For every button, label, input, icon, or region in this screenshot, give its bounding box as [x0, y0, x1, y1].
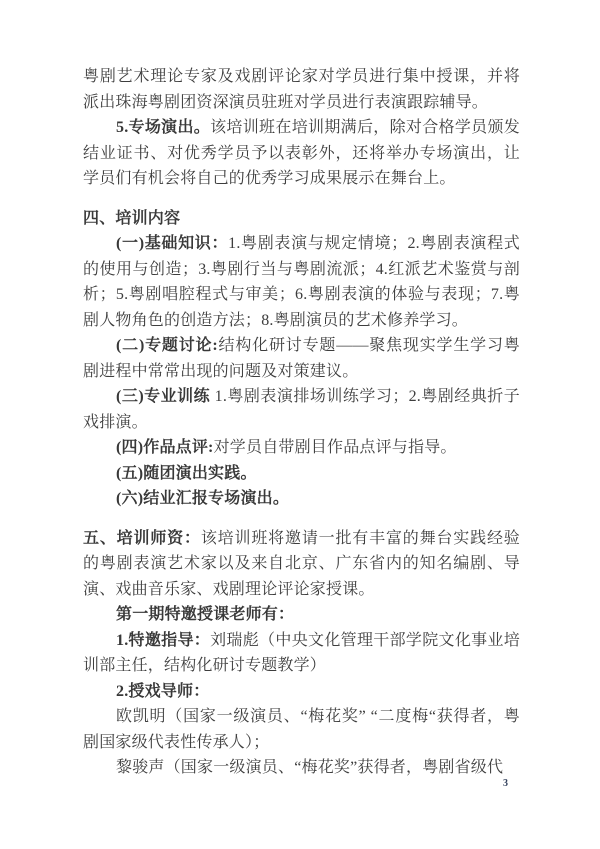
teacher-li-junsheng-text: 黎骏声（国家一级演员、“梅花奖”获得者，粤剧省级代 [116, 759, 503, 776]
training-content-item-troupe-practice: (五)随团演出实践。 [83, 461, 520, 487]
mentor-opera-teaching: 2.授戏导师： [83, 679, 520, 705]
training-content-item-seminar: (二)专题讨论:结构化研讨专题——聚焦现实学生学习粤剧进程中常常出现的问题及对策… [83, 333, 520, 384]
section-heading-training-content: 四、培训内容 [83, 206, 520, 232]
page-number: 3 [503, 778, 508, 789]
paragraph-continuation-text: 粤剧艺术理论专家及戏剧评论家对学员进行集中授课，并将派出珠海粤剧团资深演员驻班对… [83, 68, 520, 111]
training-content-item-basics-lead: (一)基础知识： [116, 235, 228, 252]
training-content-item-professional-lead: (三)专业训练 [116, 388, 210, 405]
training-content-item-review-text: 对学员自带剧目作品点评与指导。 [214, 439, 457, 456]
mentor-special-guidance: 1.特邀指导：刘瑞彪（中央文化管理干部学院文化事业培训部主任，结构化研讨专题教学… [83, 628, 520, 679]
paragraph-continuation: 粤剧艺术理论专家及戏剧评论家对学员进行集中授课，并将派出珠海粤剧团资深演员驻班对… [83, 64, 520, 115]
teacher-ou-kaiming: 欧凯明（国家一级演员、“梅花奖” “二度梅“获得者，粤剧国家级代表性传承人）； [83, 704, 520, 755]
document-page: 粤剧艺术理论专家及戏剧评论家对学员进行集中授课，并将派出珠海粤剧团资深演员驻班对… [0, 0, 600, 849]
document-body: 粤剧艺术理论专家及戏剧评论家对学员进行集中授课，并将派出珠海粤剧团资深演员驻班对… [83, 64, 520, 781]
first-batch-title: 第一期特邀授课老师有： [83, 602, 520, 628]
teacher-ou-kaiming-text: 欧凯明（国家一级演员、“梅花奖” “二度梅“获得者，粤剧国家级代表性传承人）； [83, 708, 520, 751]
section-paragraph-faculty: 五、培训师资：该培训班将邀请一批有丰富的舞台实践经验的粤剧表演艺术家以及来自北京… [83, 526, 520, 603]
training-content-item-review: (四)作品点评:对学员自带剧目作品点评与指导。 [83, 435, 520, 461]
training-content-item-seminar-lead: (二)专题讨论: [116, 337, 218, 354]
training-content-item-graduation-show-lead: (六)结业汇报专场演出。 [116, 490, 289, 507]
training-content-item-graduation-show: (六)结业汇报专场演出。 [83, 486, 520, 512]
paragraph-special-show-lead: 5.专场演出。 [116, 119, 210, 136]
training-content-item-basics: (一)基础知识：1.粤剧表演与规定情境；2.粤剧表演程式的使用与创造；3.粤剧行… [83, 231, 520, 333]
section-heading-faculty-lead: 五、培训师资： [83, 530, 201, 547]
training-content-item-troupe-practice-lead: (五)随团演出实践。 [116, 465, 257, 482]
paragraph-special-show: 5.专场演出。该培训班在培训期满后，除对合格学员颁发结业证书、对优秀学员予以表彰… [83, 115, 520, 192]
first-batch-title-text: 第一期特邀授课老师有： [116, 606, 294, 623]
teacher-li-junsheng: 黎骏声（国家一级演员、“梅花奖”获得者，粤剧省级代 [83, 755, 520, 781]
training-content-item-professional: (三)专业训练 1.粤剧表演排场训练学习；2.粤剧经典折子戏排演。 [83, 384, 520, 435]
training-content-item-review-lead: (四)作品点评: [116, 439, 214, 456]
mentor-opera-teaching-lead: 2.授戏导师： [116, 683, 209, 700]
mentor-special-guidance-lead: 1.特邀指导： [116, 632, 210, 649]
